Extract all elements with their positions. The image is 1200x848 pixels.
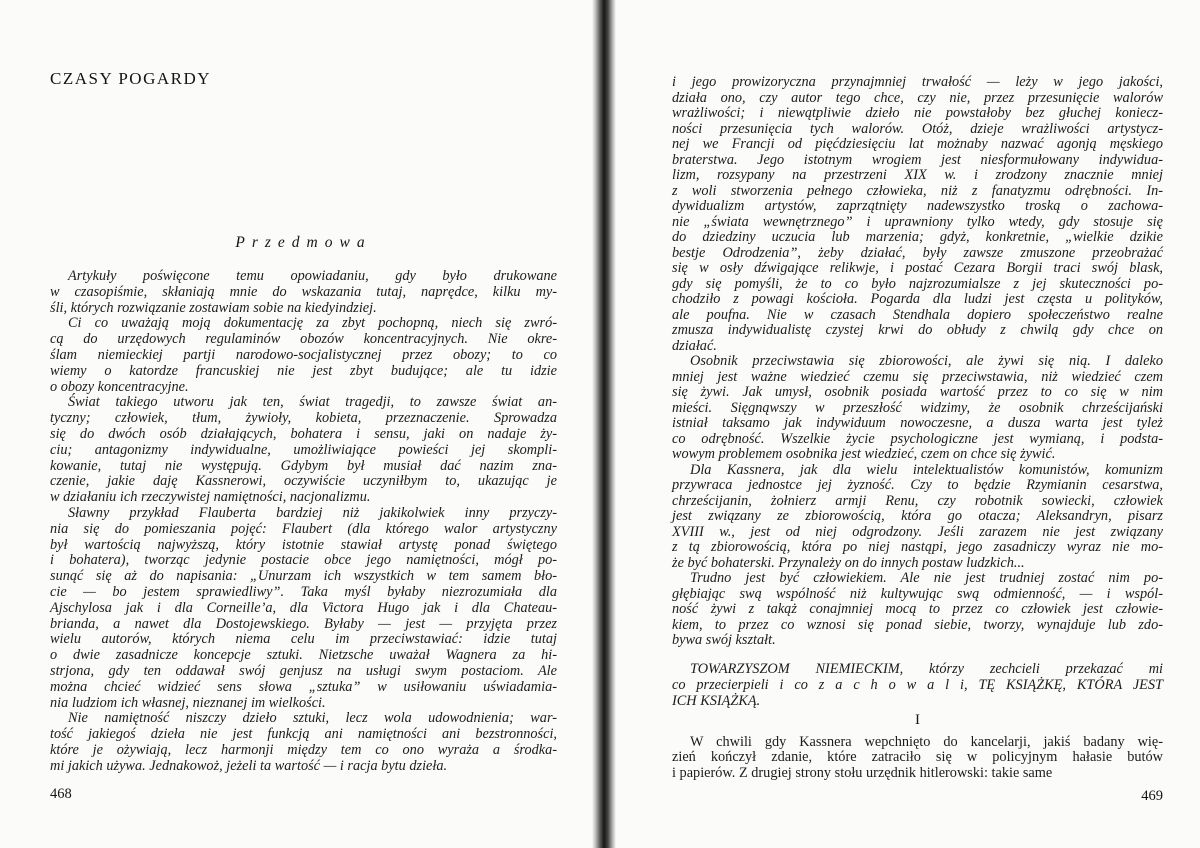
text-line: mniej jest ważne wiedzieć czemu się prze… xyxy=(672,370,1163,386)
text-line: dywidualizm artystów, zaprzątnięty nadew… xyxy=(672,199,1163,215)
text-line: o obozy koncentracyjne. xyxy=(50,380,557,396)
paragraph: i jego prowizoryczna przynajmniej trwało… xyxy=(672,75,1163,354)
text-line: o dwie zasadnicze koncepcje sztuki. Niet… xyxy=(50,648,557,664)
text-line: się żywi. Jak umysł, osobnik posiada war… xyxy=(672,385,1163,401)
text-line: braterstwa. Jego istotnym wrogiem jest n… xyxy=(672,153,1163,169)
text-line: Osobnik przeciwstawia się zbiorowości, a… xyxy=(672,354,1163,370)
text-line: chrześcijanin, żołnierz armji Renu, czy … xyxy=(672,494,1163,510)
paragraph: Artykuły poświęcone temu opowiadaniu, gd… xyxy=(50,269,557,316)
text-line: brianda, a nawet dla Dostojewskiego. Był… xyxy=(50,617,557,633)
text-line: cą do urzędowych regulaminów obozów konc… xyxy=(50,332,557,348)
text-line: sunąć się aż do napisania: „Unurzam ich … xyxy=(50,569,557,585)
text-line: TOWARZYSZOM NIEMIECKIM, którzy zechcieli… xyxy=(672,661,1163,677)
text-line: Świat takiego utworu jak ten, świat trag… xyxy=(50,395,557,411)
dedication-paragraph: TOWARZYSZOM NIEMIECKIM, którzy zechcieli… xyxy=(672,661,1163,710)
text-line: gdy się pomyśli, że to co było najzrozum… xyxy=(672,277,1163,293)
text-line: W chwili gdy Kassnera wepchnięto do kanc… xyxy=(672,735,1163,751)
left-page: CZASY POGARDY Przedmowa Artykuły poświęc… xyxy=(50,0,557,848)
text-line: istniał taksamo jak indywiduum nowoczesn… xyxy=(672,416,1163,432)
paragraph: Osobnik przeciwstawia się zbiorowości, a… xyxy=(672,354,1163,463)
text-line: Dla Kassnera, jak dla wielu intelektuali… xyxy=(672,463,1163,479)
text-line: Trudno jest być człowiekiem. Ale nie jes… xyxy=(672,571,1163,587)
text-line: wowym problemem osobnika jest wiedzieć, … xyxy=(672,447,1163,463)
text-line: czenie, jakie daję Kassnerowi, oczywiści… xyxy=(50,474,557,490)
text-line: jest związany ze zbiorowością, która go … xyxy=(672,509,1163,525)
text-line: ność żywi z takąż conajmniej mocą to prz… xyxy=(672,602,1163,618)
text-line: działać. xyxy=(672,339,1163,355)
text-line: się w osły dźwigające relikwje, i postać… xyxy=(672,261,1163,277)
text-line: i jego prowizoryczna przynajmniej trwało… xyxy=(672,75,1163,91)
text-line: nia się do pomieszania pojęć: Flaubert (… xyxy=(50,522,557,538)
text-line: można chcieć widzieć sens słowa „sztuka”… xyxy=(50,680,557,696)
right-page: i jego prowizoryczna przynajmniej trwało… xyxy=(672,0,1163,848)
text-line: tość jakiegoś dzieła nie jest funkcją an… xyxy=(50,727,557,743)
text-line: Sławny przykład Flauberta bardziej niż j… xyxy=(50,506,557,522)
text-line: głębiając swą wspólność niż kultywując s… xyxy=(672,587,1163,603)
text-line: nia ludziom ich własnej, nieznanej im wi… xyxy=(50,696,557,712)
text-line: Ci co uważają moją dokumentację za zbyt … xyxy=(50,316,557,332)
paragraph: Dla Kassnera, jak dla wielu intelektuali… xyxy=(672,463,1163,572)
text-line: ICH KSIĄŻKĄ. xyxy=(672,693,1163,709)
book-gutter xyxy=(592,0,616,848)
text-line: i bohatera), tworząc jedynie postacie ob… xyxy=(50,553,557,569)
text-line: XVIII w., jest od niej odgrodzony. Jeśli… xyxy=(672,525,1163,541)
text-line: Nie namiętność niszczy dzieło sztuki, le… xyxy=(50,711,557,727)
text-line: do dziedziny uczucia lub marzenia; gdyż,… xyxy=(672,230,1163,246)
text-line: się do dwóch osób działających, bohatera… xyxy=(50,427,557,443)
text-line: zmusza indywidualistę czystej krwi do ob… xyxy=(672,323,1163,339)
book-spread: CZASY POGARDY Przedmowa Artykuły poświęc… xyxy=(0,0,1200,848)
text-line: w działaniu ich rzeczywistej namiętności… xyxy=(50,490,557,506)
text-line: nie „świata wewnętrznego” i uprawniony t… xyxy=(672,215,1163,231)
paragraph: W chwili gdy Kassnera wepchnięto do kanc… xyxy=(672,735,1163,782)
text-line: ślam niemieckiej partji narodowo-socjali… xyxy=(50,348,557,364)
text-line: co przecierpieli i co z a c h o w a l i,… xyxy=(672,677,1163,693)
text-line: kowanie, tutaj nie występują. Gdybym był… xyxy=(50,459,557,475)
text-line: bestje Odrodzenia”, żeby działać, były z… xyxy=(672,246,1163,262)
text-line: działa ono, czy autor tego chce, czy nie… xyxy=(672,91,1163,107)
text-line: ciu; antagonizmy indywidualne, umożliwia… xyxy=(50,443,557,459)
text-line: śli, których rozwiązanie zostawiam sobie… xyxy=(50,301,557,317)
text-line: wiemy o katordze francuskiej nie jest zb… xyxy=(50,364,557,380)
text-line: Ajschylosa jak i dla Corneille’a, dla Vi… xyxy=(50,601,557,617)
preface-title: Przedmowa xyxy=(50,234,557,252)
text-line: ale poufna. Nie w czasach Stendhala dopi… xyxy=(672,308,1163,324)
text-line: że być bohaterski. Przynależy on do inny… xyxy=(672,556,1163,572)
page-number-right: 469 xyxy=(1141,788,1163,805)
text-line: ności przesunięcia tych walorów. Otóż, d… xyxy=(672,122,1163,138)
text-line: z tą zbiorowością, która po niej nastąpi… xyxy=(672,540,1163,556)
text-line: co odrębność. Wszelkie życie psychologic… xyxy=(672,432,1163,448)
paragraph: Trudno jest być człowiekiem. Ale nie jes… xyxy=(672,571,1163,649)
running-head: CZASY POGARDY xyxy=(50,69,211,89)
text-line: wrażliwości; i niewątpliwie dzieło nie p… xyxy=(672,106,1163,122)
text-line: z woli stworzenia pełnego człowieka, niż… xyxy=(672,184,1163,200)
text-line: lizm, rozsypany na przestrzeni XIX w. i … xyxy=(672,168,1163,184)
text-line: był wartością najwyższą, który istotnie … xyxy=(50,538,557,554)
text-line: tyczny; człowiek, tłum, żywioły, kobieta… xyxy=(50,411,557,427)
paragraph: Świat takiego utworu jak ten, świat trag… xyxy=(50,395,557,506)
text-line: nej we Francji od pięćdziesięciu lat moż… xyxy=(672,137,1163,153)
text-line: Artykuły poświęcone temu opowiadaniu, gd… xyxy=(50,269,557,285)
text-line: cie — bo jestem sprawiedliwy”. Taka myśl… xyxy=(50,585,557,601)
page-number-left: 468 xyxy=(50,786,72,803)
paragraph: Nie namiętność niszczy dzieło sztuki, le… xyxy=(50,711,557,774)
left-page-text: Artykuły poświęcone temu opowiadaniu, gd… xyxy=(50,269,557,775)
text-line: mi jakich używa. Jednakowoż, jeżeli ta w… xyxy=(50,759,557,775)
text-line: przywraca jednostce jej żyzność. Czy to … xyxy=(672,478,1163,494)
text-line: kiem, to przez co wznosi się ponad siebi… xyxy=(672,618,1163,634)
text-line: strjona, gdy ten oddawał swój genjusz na… xyxy=(50,664,557,680)
paragraph: Ci co uważają moją dokumentację za zbyt … xyxy=(50,316,557,395)
right-page-text: i jego prowizoryczna przynajmniej trwało… xyxy=(672,75,1163,781)
text-line: bywa swój kształt. xyxy=(672,633,1163,649)
text-line: które je ożywiają, lecz harmonji między … xyxy=(50,743,557,759)
text-line: chodziło z powagi kościoła. Pogarda dla … xyxy=(672,292,1163,308)
text-line: w czasopiśmie, skłaniają mnie do wskazan… xyxy=(50,285,557,301)
chapter-numeral: I xyxy=(672,713,1163,729)
text-line: zień kończył zdanie, które zatraciło się… xyxy=(672,750,1163,766)
text-line: wielu autorów, których niema celu im prz… xyxy=(50,632,557,648)
paragraph: Sławny przykład Flauberta bardziej niż j… xyxy=(50,506,557,711)
text-line: i papierów. Z drugiej strony stołu urzęd… xyxy=(672,766,1163,782)
text-line: mieści. Sięgnąwszy w przeszłość widzimy,… xyxy=(672,401,1163,417)
